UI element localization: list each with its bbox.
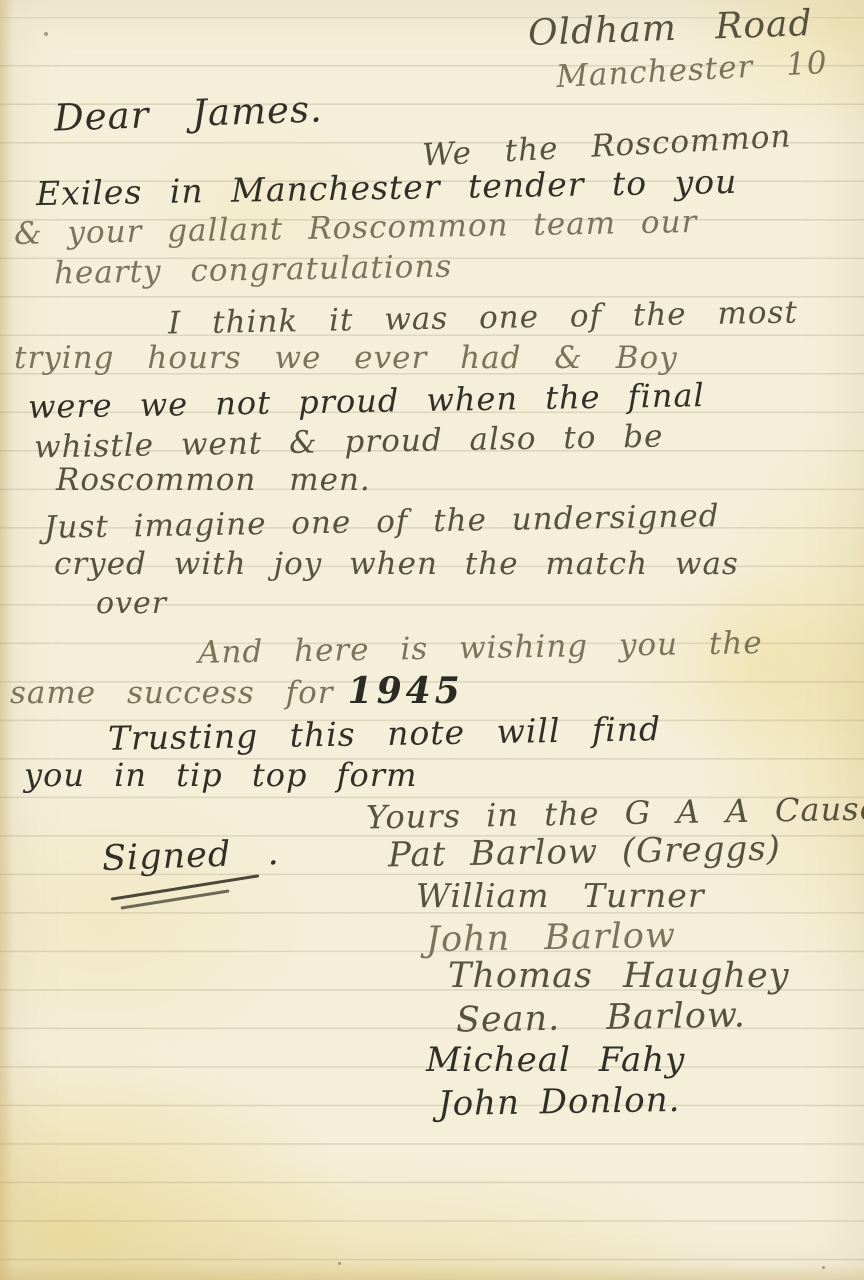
year-1945: 1945: [348, 670, 464, 712]
signature-name-2: William Turner: [416, 876, 705, 915]
body-line-5: I think it was one of the most: [168, 295, 798, 342]
closing-line: Yours in the G A A Cause: [366, 790, 864, 837]
signed-label: Signed .: [101, 833, 280, 879]
signature-name-4: Thomas Haughey: [448, 956, 789, 996]
body-line-6: trying hours we ever had & Boy: [14, 340, 678, 376]
body-line-10: Just imagine one of the undersigned: [44, 498, 720, 546]
body-line-8: whistle went & proud also to be: [34, 419, 664, 466]
signature-name-3: John Barlow: [426, 916, 677, 960]
signed-underline-2: [120, 889, 229, 909]
paper-speck: [44, 32, 48, 36]
body-line-14-text: same success for: [10, 675, 334, 711]
body-line-12: over: [96, 586, 167, 621]
signature-name-5: Sean. Barlow.: [456, 995, 747, 1040]
address-line-2: Manchester 10: [555, 45, 828, 95]
body-line-11: cryed with joy when the match was: [54, 546, 739, 582]
paper-speck: [338, 1262, 341, 1265]
body-line-4: hearty congratulations: [54, 249, 453, 292]
body-line-13: And here is wishing you the: [198, 625, 763, 671]
signature-name-7: John Donlon.: [438, 1080, 681, 1124]
address-line-1: Oldham Road: [527, 3, 813, 54]
body-line-15: Trusting this note will find: [108, 709, 662, 758]
body-line-7: were we not proud when the final: [28, 376, 705, 426]
body-line-9: Roscommon men.: [56, 462, 371, 498]
body-line-14: same success for1945: [10, 670, 464, 712]
paper-speck: [822, 1266, 825, 1269]
signature-name-1: Pat Barlow (Greggs): [388, 829, 782, 876]
letter-page: Oldham Road Manchester 10 Dear James. We…: [0, 0, 864, 1280]
signature-name-6: Micheal Fahy: [426, 1040, 685, 1080]
body-line-16: you in tip top form: [24, 756, 417, 794]
salutation: Dear James.: [53, 87, 323, 139]
